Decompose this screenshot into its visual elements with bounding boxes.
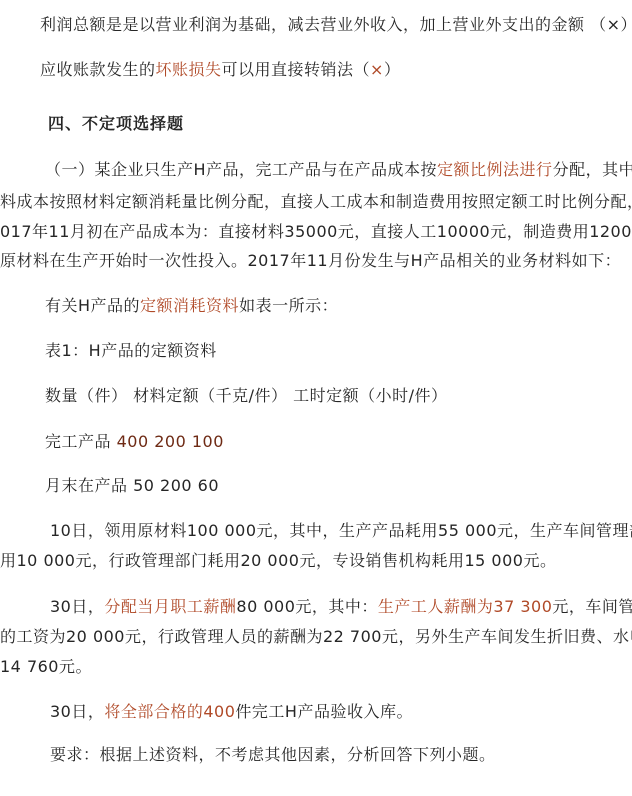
table-intro-segment-0: 有关H产品的 bbox=[45, 296, 140, 315]
statement-profit-total: 利润总额是是以营业利润为基础，减去营业外收入，加上营业外支出的金额 （×） bbox=[40, 15, 632, 35]
transaction-30th-payroll-line-1-segment-0: 30日， bbox=[50, 597, 104, 616]
table-caption: 表1：H产品的定额资料 bbox=[45, 341, 217, 361]
section-heading: 四、不定项选择题 bbox=[48, 114, 184, 134]
table-intro-segment-2: 如表一所示： bbox=[239, 296, 338, 315]
case-intro-line-2-segment-0: 料成本按照材料定额消耗量比例分配，直接人工成本和制造费用按照定额工时比例分配，2 bbox=[0, 192, 632, 211]
transaction-10th-line-2: 用10 000元，行政管理部门耗用20 000元，专设销售机构耗用15 000元… bbox=[0, 551, 556, 571]
transaction-10th-line-1-segment-0: 10日，领用原材料100 000元，其中，生产产品耗用55 000元，生产车间管… bbox=[50, 521, 632, 540]
statement-bad-debt-segment-0: 应收账款发生的 bbox=[40, 60, 156, 79]
table-row-finished: 完工产品 400 200 100 bbox=[45, 432, 224, 452]
case-intro-line-4-segment-0: 原材料在生产开始时一次性投入。2017年11月份发生与H产品相关的业务材料如下： bbox=[0, 251, 621, 270]
transaction-10th-line-2-segment-0: 用10 000元，行政管理部门耗用20 000元，专设销售机构耗用15 000元… bbox=[0, 551, 556, 570]
case-intro-line-1-segment-1: 定额比例法进行 bbox=[437, 160, 553, 179]
statement-bad-debt-segment-4: ） bbox=[384, 60, 401, 79]
requirement-line: 要求：根据上述资料，不考虑其他因素，分析回答下列小题。 bbox=[50, 745, 496, 765]
transaction-30th-warehouse-segment-1: 将全部合格的400 bbox=[104, 702, 235, 721]
transaction-30th-payroll-line-1-segment-4: 元，车间管理人 bbox=[552, 597, 632, 616]
case-intro-line-3-segment-0: 017年11月初在产品成本为：直接材料35000元，直接人工10000元，制造费… bbox=[0, 222, 632, 241]
statement-profit-total-segment-0: 利润总额是是以营业利润为基础，减去营业外收入，加上营业外支出的金额 （×） bbox=[40, 15, 632, 34]
case-intro-line-1-segment-0: （一）某企业只生产H产品，完工产品与在产品成本按 bbox=[45, 160, 437, 179]
transaction-30th-payroll-line-1: 30日，分配当月职工薪酬80 000元，其中：生产工人薪酬为37 300元，车间… bbox=[50, 597, 632, 617]
statement-bad-debt-segment-3: × bbox=[370, 60, 384, 79]
document-page: 利润总额是是以营业利润为基础，减去营业外收入，加上营业外支出的金额 （×）应收账… bbox=[0, 0, 632, 796]
table-intro-segment-1: 定额消耗资料 bbox=[140, 296, 239, 315]
case-intro-line-4: 原材料在生产开始时一次性投入。2017年11月份发生与H产品相关的业务材料如下： bbox=[0, 251, 621, 271]
transaction-30th-payroll-line-2: 的工资为20 000元，行政管理人员的薪酬为22 700元，另外生产车间发生折旧… bbox=[0, 627, 632, 647]
table-row-finished-segment-1: 400 200 100 bbox=[117, 432, 224, 451]
section-heading-segment-0: 四、不定项选择题 bbox=[48, 114, 184, 133]
table-row-finished-segment-0: 完工产品 bbox=[45, 432, 117, 451]
transaction-30th-payroll-line-1-segment-2: 80 000元，其中： bbox=[236, 597, 378, 616]
case-intro-line-2: 料成本按照材料定额消耗量比例分配，直接人工成本和制造费用按照定额工时比例分配，2 bbox=[0, 192, 632, 212]
table-row-wip-segment-0: 月末在产品 50 200 60 bbox=[45, 476, 219, 495]
case-intro-line-1: （一）某企业只生产H产品，完工产品与在产品成本按定额比例法进行分配，其中直接材 bbox=[45, 160, 632, 180]
transaction-30th-payroll-line-1-segment-3: 生产工人薪酬为37 300 bbox=[378, 597, 553, 616]
requirement-line-segment-0: 要求：根据上述资料，不考虑其他因素，分析回答下列小题。 bbox=[50, 745, 496, 764]
transaction-30th-payroll-line-3: 14 760元。 bbox=[0, 657, 92, 677]
statement-bad-debt-segment-1: 坏账损失 bbox=[156, 60, 222, 79]
case-intro-line-1-segment-2: 分配，其中直接材 bbox=[553, 160, 632, 179]
case-intro-line-3: 017年11月初在产品成本为：直接材料35000元，直接人工10000元，制造费… bbox=[0, 222, 632, 242]
statement-bad-debt-segment-2: 可以用直接转销法（ bbox=[222, 60, 371, 79]
table-header-row: 数量（件） 材料定额（千克/件） 工时定额（小时/件） bbox=[45, 386, 447, 406]
transaction-30th-payroll-line-3-segment-0: 14 760元。 bbox=[0, 657, 92, 676]
statement-bad-debt: 应收账款发生的坏账损失可以用直接转销法（×） bbox=[40, 60, 400, 80]
transaction-30th-payroll-line-2-segment-0: 的工资为20 000元，行政管理人员的薪酬为22 700元，另外生产车间发生折旧… bbox=[0, 627, 632, 646]
table-intro: 有关H产品的定额消耗资料如表一所示： bbox=[45, 296, 338, 316]
transaction-10th-line-1: 10日，领用原材料100 000元，其中，生产产品耗用55 000元，生产车间管… bbox=[50, 521, 632, 541]
transaction-30th-payroll-line-1-segment-1: 分配当月职工薪酬 bbox=[104, 597, 236, 616]
transaction-30th-warehouse-segment-2: 件完工H产品验收入库。 bbox=[235, 702, 413, 721]
table-row-wip: 月末在产品 50 200 60 bbox=[45, 476, 219, 496]
transaction-30th-warehouse: 30日，将全部合格的400件完工H产品验收入库。 bbox=[50, 702, 413, 722]
table-header-row-segment-0: 数量（件） 材料定额（千克/件） 工时定额（小时/件） bbox=[45, 386, 447, 405]
transaction-30th-warehouse-segment-0: 30日， bbox=[50, 702, 104, 721]
table-caption-segment-0: 表1：H产品的定额资料 bbox=[45, 341, 217, 360]
